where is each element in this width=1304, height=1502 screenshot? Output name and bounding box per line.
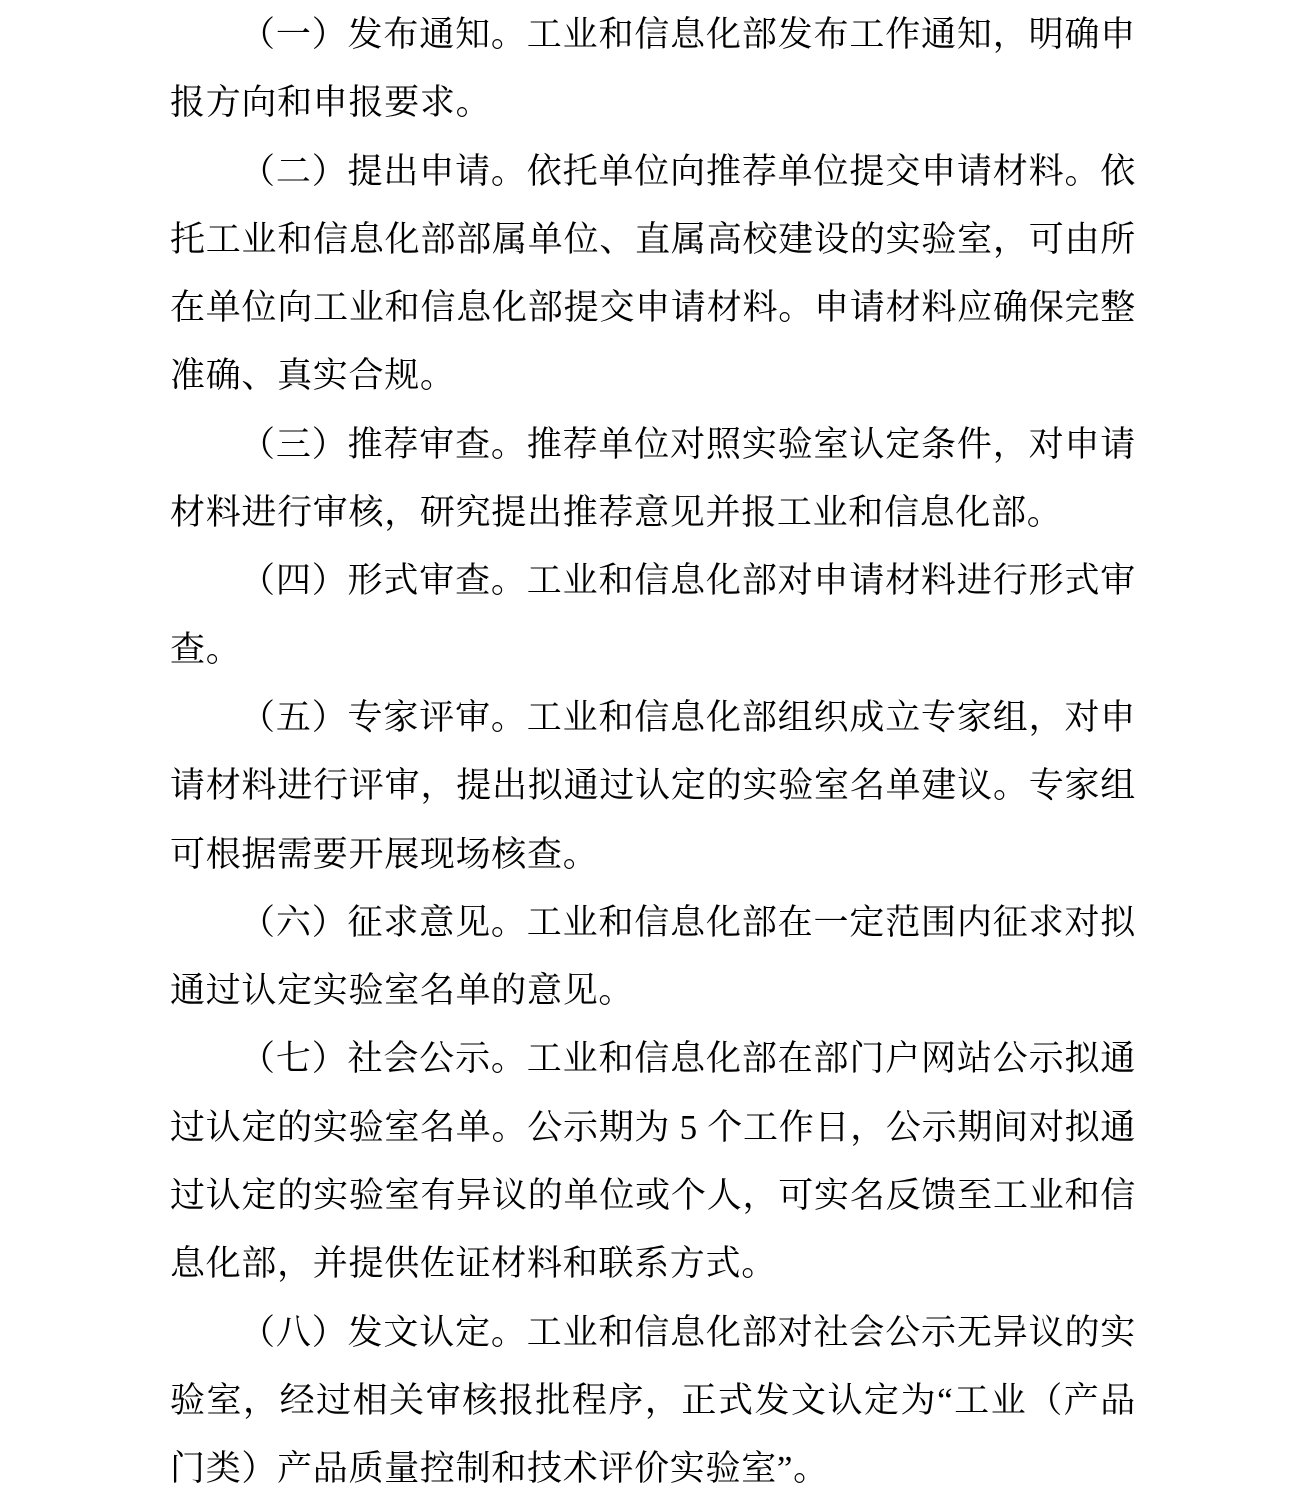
paragraph-item-3: （三）推荐审查。推荐单位对照实验室认定条件，对申请材料进行审核，研究提出推荐意见…	[170, 411, 1136, 548]
paragraph-item-1: （一）发布通知。工业和信息化部发布工作通知，明确申报方向和申报要求。	[170, 1, 1136, 138]
paragraph-item-6: （六）征求意见。工业和信息化部在一定范围内征求对拟通过认定实验室名单的意见。	[170, 889, 1136, 1026]
paragraph-item-5: （五）专家评审。工业和信息化部组织成立专家组，对申请材料进行评审，提出拟通过认定…	[170, 684, 1136, 889]
document-body: （一）发布通知。工业和信息化部发布工作通知，明确申报方向和申报要求。 （二）提出…	[170, 1, 1136, 1502]
paragraph-item-2: （二）提出申请。依托单位向推荐单位提交申请材料。依托工业和信息化部部属单位、直属…	[170, 138, 1136, 411]
document-page: （一）发布通知。工业和信息化部发布工作通知，明确申报方向和申报要求。 （二）提出…	[0, 0, 1304, 1502]
paragraph-item-8: （八）发文认定。工业和信息化部对社会公示无异议的实验室，经过相关审核报批程序，正…	[170, 1299, 1136, 1502]
paragraph-item-7: （七）社会公示。工业和信息化部在部门户网站公示拟通过认定的实验室名单。公示期为 …	[170, 1025, 1136, 1298]
paragraph-item-4: （四）形式审查。工业和信息化部对申请材料进行形式审查。	[170, 547, 1136, 684]
